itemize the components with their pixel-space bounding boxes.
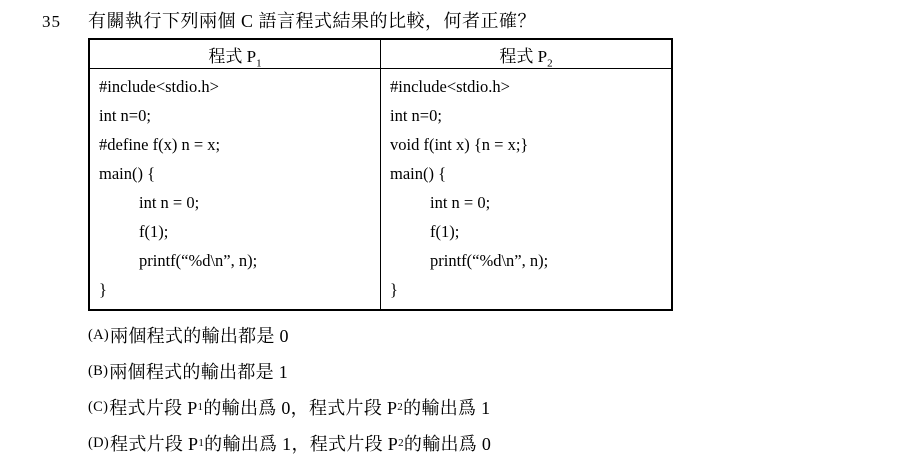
program-comparison-table: 程式 P1 程式 P2 #include<stdio.h> int n=0; #… bbox=[88, 38, 673, 311]
option-a-text: 兩個程式的輸出都是 0 bbox=[110, 322, 289, 348]
option-a-label: (A) bbox=[88, 327, 109, 344]
question-number: 35 bbox=[42, 12, 88, 32]
code-cell-p1: #include<stdio.h> int n=0; #define f(x) … bbox=[89, 69, 381, 311]
option-c-text: 程式片段 P bbox=[109, 394, 197, 420]
table-header-p1: 程式 P1 bbox=[89, 39, 381, 69]
option-d-label: (D) bbox=[88, 435, 109, 452]
option-c-text3: 的輸出爲 1 bbox=[403, 394, 490, 420]
code-line: int n = 0; bbox=[390, 188, 665, 217]
code-line: } bbox=[99, 275, 374, 304]
code-line: #include<stdio.h> bbox=[390, 72, 665, 101]
header-p2-subscript: 2 bbox=[547, 57, 553, 69]
code-cell-p2: #include<stdio.h> int n=0; void f(int x)… bbox=[381, 69, 673, 311]
option-d-text: 程式片段 P bbox=[110, 430, 198, 456]
code-line: printf(“%d\n”, n); bbox=[390, 246, 665, 275]
question-row: 35 有關執行下列兩個 C 語言程式結果的比較，何者正確？ bbox=[42, 7, 536, 33]
option-b-label: (B) bbox=[88, 363, 108, 380]
code-line: f(1); bbox=[390, 217, 665, 246]
code-line: printf(“%d\n”, n); bbox=[99, 246, 374, 275]
option-c: (C)程式片段 P1的輸出爲 0，程式片段 P2的輸出爲 1 bbox=[88, 389, 491, 425]
header-p1-subscript: 1 bbox=[256, 57, 262, 69]
code-line: main() { bbox=[99, 159, 374, 188]
code-line: int n=0; bbox=[99, 101, 374, 130]
code-line: f(1); bbox=[99, 217, 374, 246]
header-p2-label: 程式 P bbox=[499, 47, 547, 66]
code-line: void f(int x) {n = x;} bbox=[390, 130, 665, 159]
option-a: (A)兩個程式的輸出都是 0 bbox=[88, 317, 491, 353]
table-header-p2: 程式 P2 bbox=[381, 39, 673, 69]
table-body-row: #include<stdio.h> int n=0; #define f(x) … bbox=[89, 69, 672, 311]
option-c-label: (C) bbox=[88, 399, 108, 416]
code-line: main() { bbox=[390, 159, 665, 188]
code-line: int n=0; bbox=[390, 101, 665, 130]
code-line: int n = 0; bbox=[99, 188, 374, 217]
question-text: 有關執行下列兩個 C 語言程式結果的比較，何者正確？ bbox=[88, 7, 536, 33]
option-b-text: 兩個程式的輸出都是 1 bbox=[109, 358, 288, 384]
option-b: (B)兩個程式的輸出都是 1 bbox=[88, 353, 491, 389]
answer-options: (A)兩個程式的輸出都是 0 (B)兩個程式的輸出都是 1 (C)程式片段 P1… bbox=[88, 317, 491, 460]
code-line: #include<stdio.h> bbox=[99, 72, 374, 101]
option-d: (D)程式片段 P1的輸出爲 1，程式片段 P2的輸出爲 0 bbox=[88, 425, 491, 460]
option-d-text3: 的輸出爲 0 bbox=[404, 430, 491, 456]
option-c-text2: 的輸出爲 0，程式片段 P bbox=[203, 394, 397, 420]
table-header-row: 程式 P1 程式 P2 bbox=[89, 39, 672, 69]
header-p1-label: 程式 P bbox=[208, 47, 256, 66]
code-line: } bbox=[390, 275, 665, 304]
option-d-text2: 的輸出爲 1，程式片段 P bbox=[204, 430, 398, 456]
code-line: #define f(x) n = x; bbox=[99, 130, 374, 159]
